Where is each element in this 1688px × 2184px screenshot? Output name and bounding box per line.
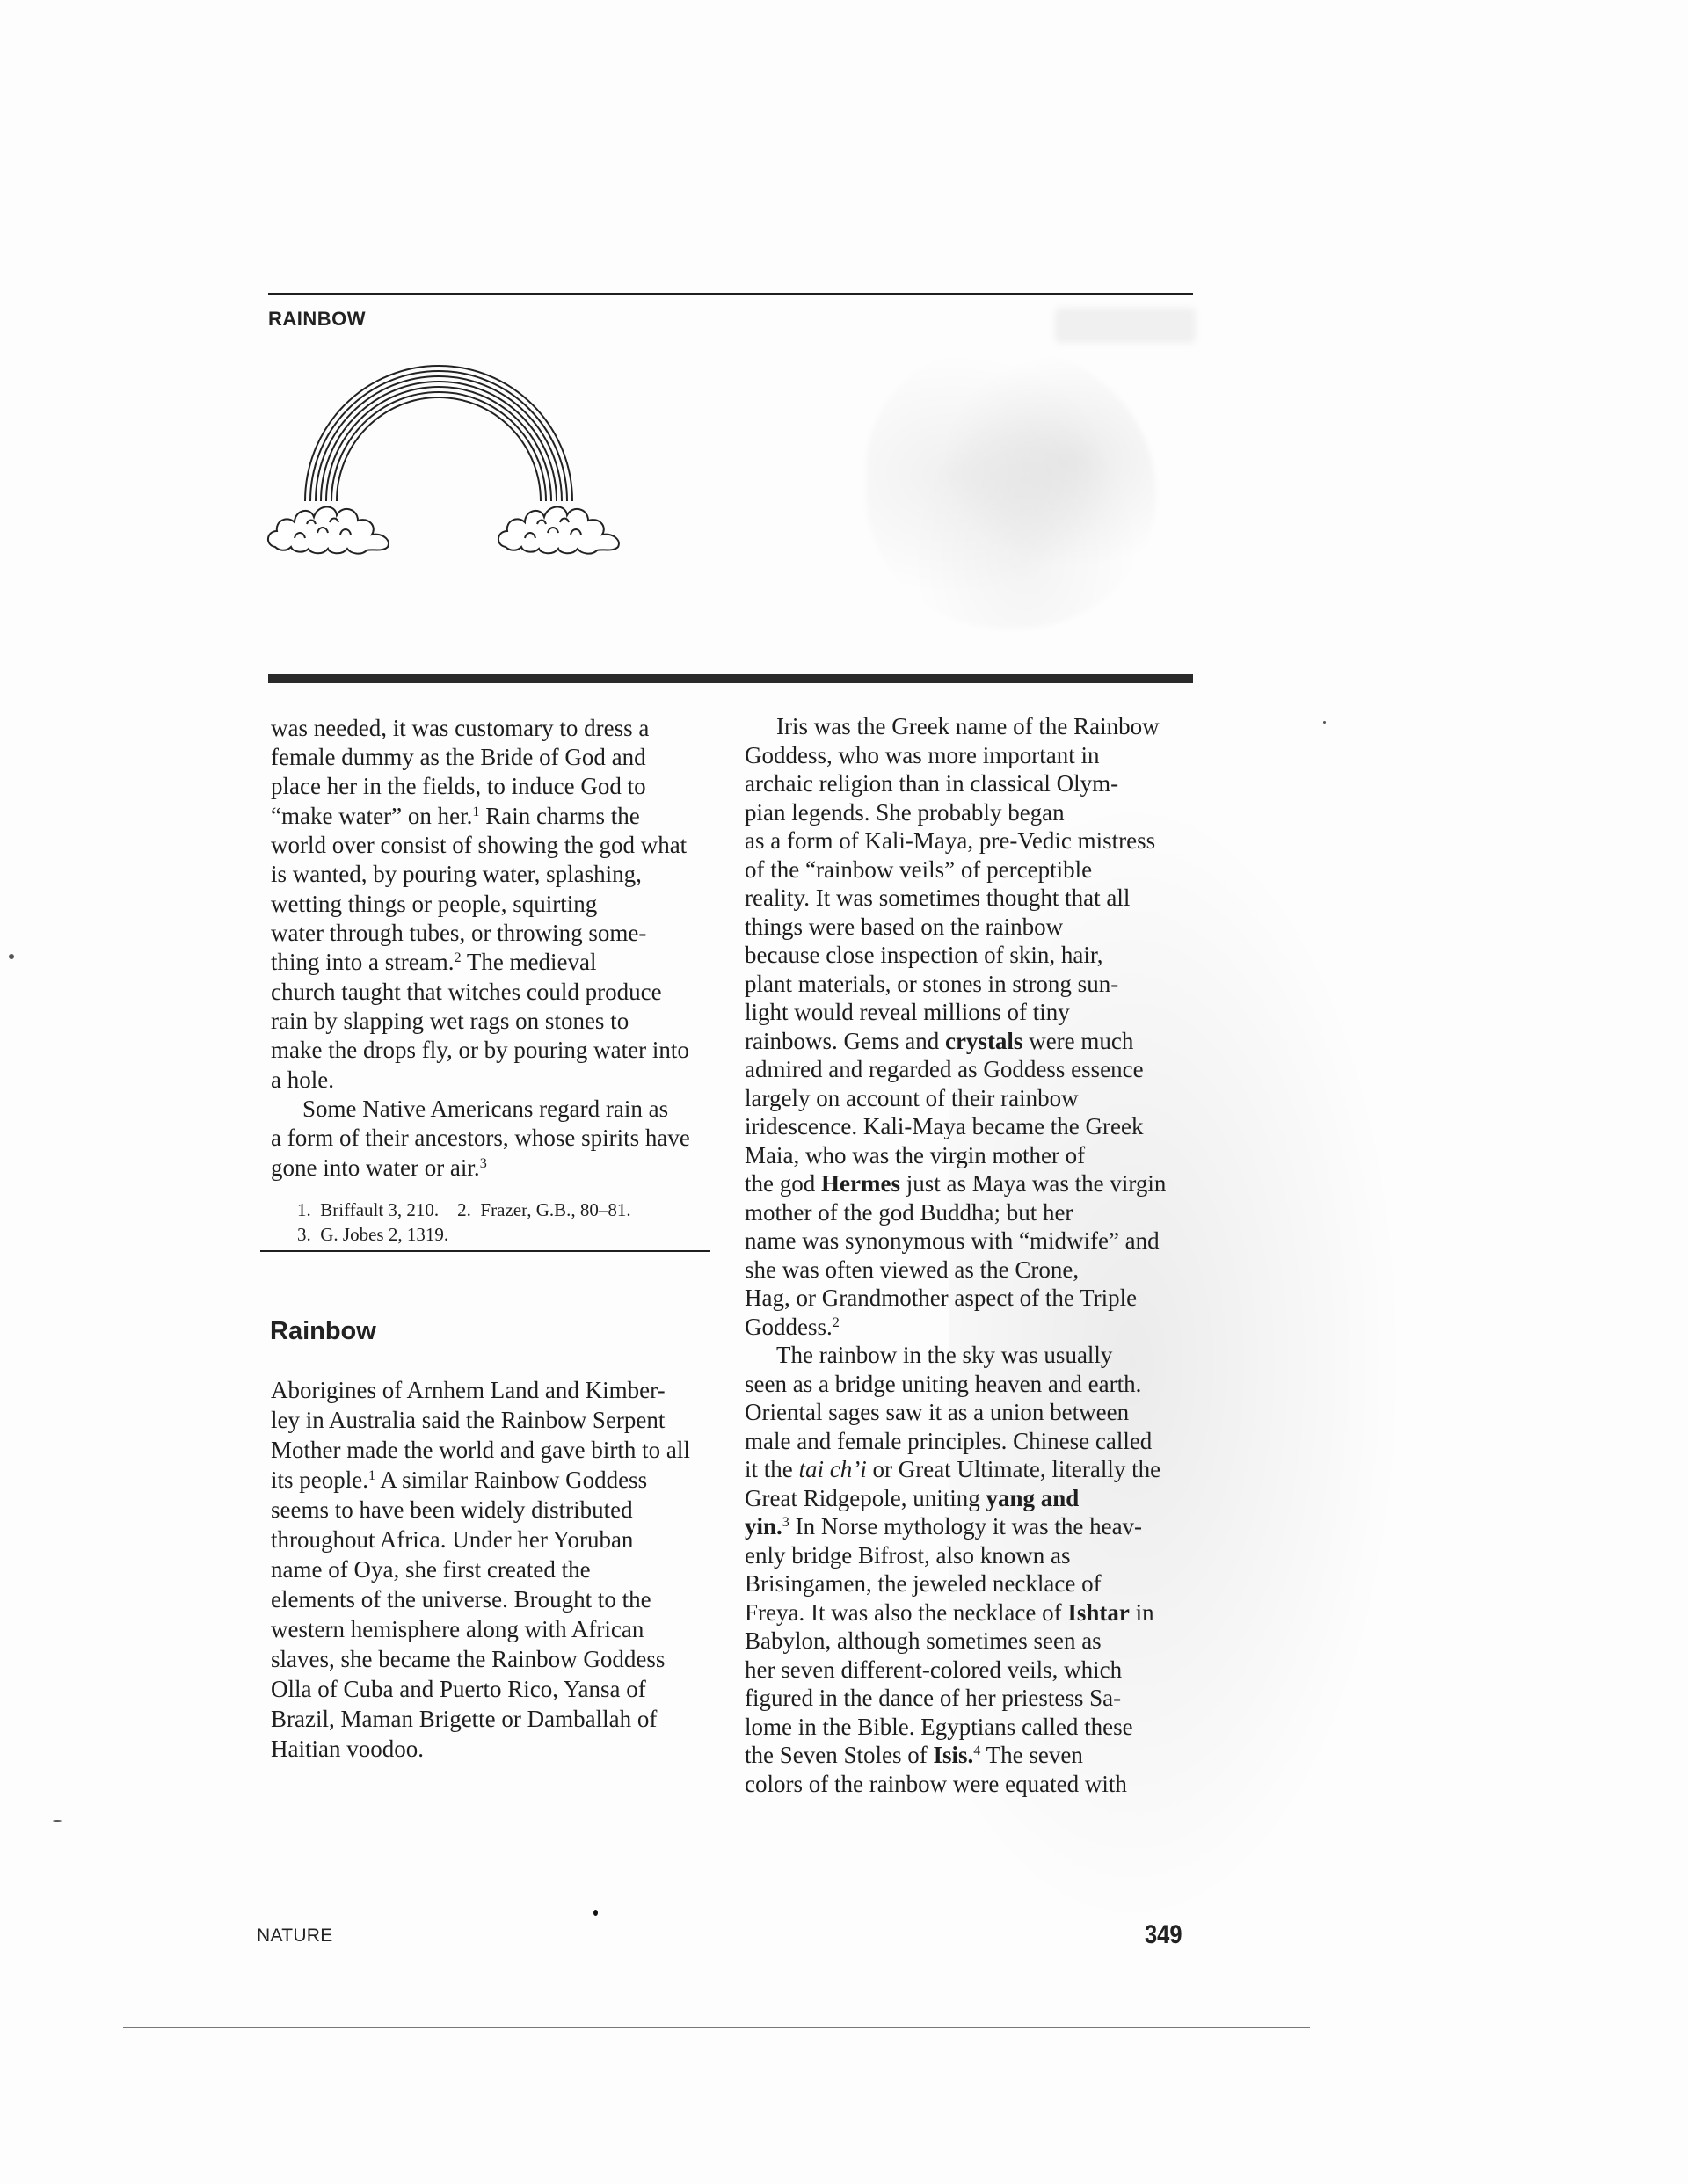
text-line: throughout Africa. Under her Yoruban (271, 1528, 633, 1552)
text-line: Great Ridgepole, uniting yang and (745, 1487, 1079, 1511)
footnote-line: 1. Briffault 3, 210. 2. Frazer, G.B., 80… (297, 1201, 631, 1219)
bleed-through-caption (1055, 308, 1196, 343)
text-line: wetting things or people, squirting (271, 892, 597, 916)
text-span: A similar Rainbow Goddess (375, 1467, 647, 1493)
cross-reference: yin. (745, 1513, 782, 1540)
text-line: name of Oya, she first created the (271, 1558, 591, 1582)
text-line: Iris was the Greek name of the Rainbow (776, 715, 1160, 739)
text-span: the Seven Stoles of (745, 1742, 933, 1768)
text-line: iridescence. Kali-Maya became the Greek (745, 1115, 1144, 1139)
scan-speck (593, 1910, 598, 1916)
text-line: Goddess.2 (745, 1315, 840, 1339)
text-line: of the “rainbow veils” of perceptible (745, 858, 1092, 882)
text-span: were much (1022, 1028, 1133, 1054)
text-line: archaic religion than in classical Olym- (745, 772, 1118, 796)
text-line: gone into water or air.3 (271, 1156, 487, 1180)
text-line: world over consist of showing the god wh… (271, 834, 687, 857)
text-line: Freya. It was also the necklace of Ishta… (745, 1601, 1154, 1625)
text-line: was needed, it was customary to dress a (271, 717, 649, 740)
text-line: a form of their ancestors, whose spirits… (271, 1126, 690, 1150)
top-rule (268, 293, 1193, 295)
text-span: Freya. It was also the necklace of (745, 1599, 1067, 1626)
text-line: The rainbow in the sky was usually (776, 1343, 1112, 1367)
text-line: mother of the god Buddha; but her (745, 1201, 1073, 1225)
bleed-through-illustration (866, 347, 1156, 629)
text-line: the Seven Stoles of Isis.4 The seven (745, 1744, 1083, 1767)
text-line: reality. It was sometimes thought that a… (745, 886, 1130, 910)
text-line: colors of the rainbow were equated with (745, 1773, 1127, 1796)
text-line: her seven different-colored veils, which (745, 1658, 1122, 1682)
text-line: “make water” on her.1 Rain charms the (271, 804, 640, 828)
text-line: Aborigines of Arnhem Land and Kimber- (271, 1379, 666, 1402)
cross-reference: crystals (945, 1028, 1022, 1054)
text-line: its people.1 A similar Rainbow Goddess (271, 1468, 647, 1492)
text-line: seems to have been widely distributed (271, 1498, 633, 1522)
text-span: thing into a stream. (271, 949, 454, 975)
scanned-page: RAINBOW was needed, it was customary to … (0, 0, 1688, 2184)
foreign-term: tai ch’i (799, 1456, 867, 1482)
text-line: rainbows. Gems and crystals were much (745, 1030, 1133, 1053)
text-line: Maia, who was the virgin mother of (745, 1144, 1085, 1168)
text-span: “make water” on her. (271, 803, 472, 829)
text-span: it the (745, 1456, 799, 1482)
text-line: is wanted, by pouring water, splashing, (271, 863, 642, 886)
text-line: church taught that witches could produce (271, 980, 662, 1004)
section-rule-thick (268, 674, 1193, 683)
cross-reference: Ishtar (1067, 1599, 1130, 1626)
footnote-ref: 3 (480, 1155, 487, 1171)
text-span: The medieval (462, 949, 597, 975)
text-span: the god (745, 1170, 821, 1197)
text-line: Brisingamen, the jeweled necklace of (745, 1572, 1102, 1596)
footnote-rule (260, 1250, 710, 1252)
text-span: gone into water or air. (271, 1154, 480, 1181)
footer-section-name: NATURE (257, 1926, 333, 1947)
text-line: yin.3 In Norse mythology it was the heav… (745, 1515, 1142, 1539)
text-line: slaves, she became the Rainbow Goddess (271, 1648, 665, 1671)
text-span: Goddess. (745, 1314, 833, 1340)
text-line: admired and regarded as Goddess essence (745, 1058, 1144, 1081)
text-line: she was often viewed as the Crone, (745, 1258, 1079, 1282)
text-span: its people. (271, 1467, 368, 1493)
cross-reference: Hermes (821, 1170, 900, 1197)
text-line: pian legends. She probably began (745, 801, 1065, 825)
text-line: thing into a stream.2 The medieval (271, 950, 597, 974)
text-span: in (1130, 1599, 1154, 1626)
cross-reference: Isis. (933, 1742, 973, 1768)
text-line: Goddess, who was more important in (745, 744, 1099, 768)
footnote-ref: 3 (782, 1514, 789, 1530)
page-number: 349 (1145, 1920, 1182, 1950)
text-line: name was synonymous with “midwife” and (745, 1229, 1160, 1253)
footnote-line: 3. G. Jobes 2, 1319. (297, 1226, 448, 1244)
text-line: Hag, or Grandmother aspect of the Triple (745, 1286, 1137, 1310)
footnote-ref: 2 (454, 950, 461, 965)
scan-speck (53, 1820, 62, 1822)
text-line: Oriental sages saw it as a union between (745, 1401, 1129, 1424)
text-line: enly bridge Bifrost, also known as (745, 1544, 1070, 1568)
cross-reference: yang and (986, 1485, 1079, 1511)
text-line: Olla of Cuba and Puerto Rico, Yansa of (271, 1678, 646, 1701)
text-line: largely on account of their rainbow (745, 1087, 1079, 1110)
rainbow-with-clouds-icon (259, 352, 646, 563)
text-line: female dummy as the Bride of God and (271, 746, 646, 769)
text-line: seen as a bridge uniting heaven and eart… (745, 1372, 1141, 1396)
footnote-ref: 2 (833, 1314, 840, 1330)
text-line: water through tubes, or throwing some- (271, 921, 646, 945)
text-line: male and female principles. Chinese call… (745, 1430, 1152, 1453)
text-line: light would reveal millions of tiny (745, 1001, 1070, 1024)
text-line: because close inspection of skin, hair, (745, 943, 1103, 967)
text-line: rain by slapping wet rags on stones to (271, 1009, 629, 1033)
text-line: western hemisphere along with African (271, 1618, 644, 1642)
text-span: The seven (980, 1742, 1082, 1768)
text-line: a hole. (271, 1068, 334, 1092)
text-line: things were based on the rainbow (745, 915, 1063, 939)
text-line: Babylon, although sometimes seen as (745, 1629, 1102, 1653)
footnote-ref: 1 (368, 1467, 375, 1483)
text-line: Mother made the world and gave birth to … (271, 1438, 690, 1462)
scan-speck (9, 954, 14, 959)
text-line: the god Hermes just as Maya was the virg… (745, 1172, 1166, 1196)
text-line: it the tai ch’i or Great Ultimate, liter… (745, 1458, 1160, 1481)
text-span: Rain charms the (479, 803, 639, 829)
text-span: Great Ridgepole, uniting (745, 1485, 986, 1511)
text-line: figured in the dance of her priestess Sa… (745, 1686, 1121, 1710)
text-line: plant materials, or stones in strong sun… (745, 972, 1118, 996)
text-line: elements of the universe. Brought to the (271, 1588, 651, 1612)
text-span: rainbows. Gems and (745, 1028, 945, 1054)
text-span: or Great Ultimate, literally the (867, 1456, 1160, 1482)
text-line: Brazil, Maman Brigette or Damballah of (271, 1707, 657, 1731)
text-span: In Norse mythology it was the heav- (789, 1513, 1142, 1540)
scan-speck (1323, 721, 1326, 724)
text-line: lome in the Bible. Egyptians called thes… (745, 1715, 1133, 1739)
scan-edge-rule (123, 2027, 1310, 2028)
text-line: ley in Australia said the Rainbow Serpen… (271, 1409, 665, 1432)
text-line: make the drops fly, or by pouring water … (271, 1038, 689, 1062)
text-line: Haitian voodoo. (271, 1737, 424, 1761)
text-line: place her in the fields, to induce God t… (271, 775, 646, 798)
text-span: just as Maya was the virgin (900, 1170, 1166, 1197)
text-line: as a form of Kali-Maya, pre-Vedic mistre… (745, 829, 1155, 853)
running-head: RAINBOW (268, 308, 366, 331)
entry-heading: Rainbow (270, 1317, 376, 1346)
text-line: Some Native Americans regard rain as (302, 1097, 668, 1121)
